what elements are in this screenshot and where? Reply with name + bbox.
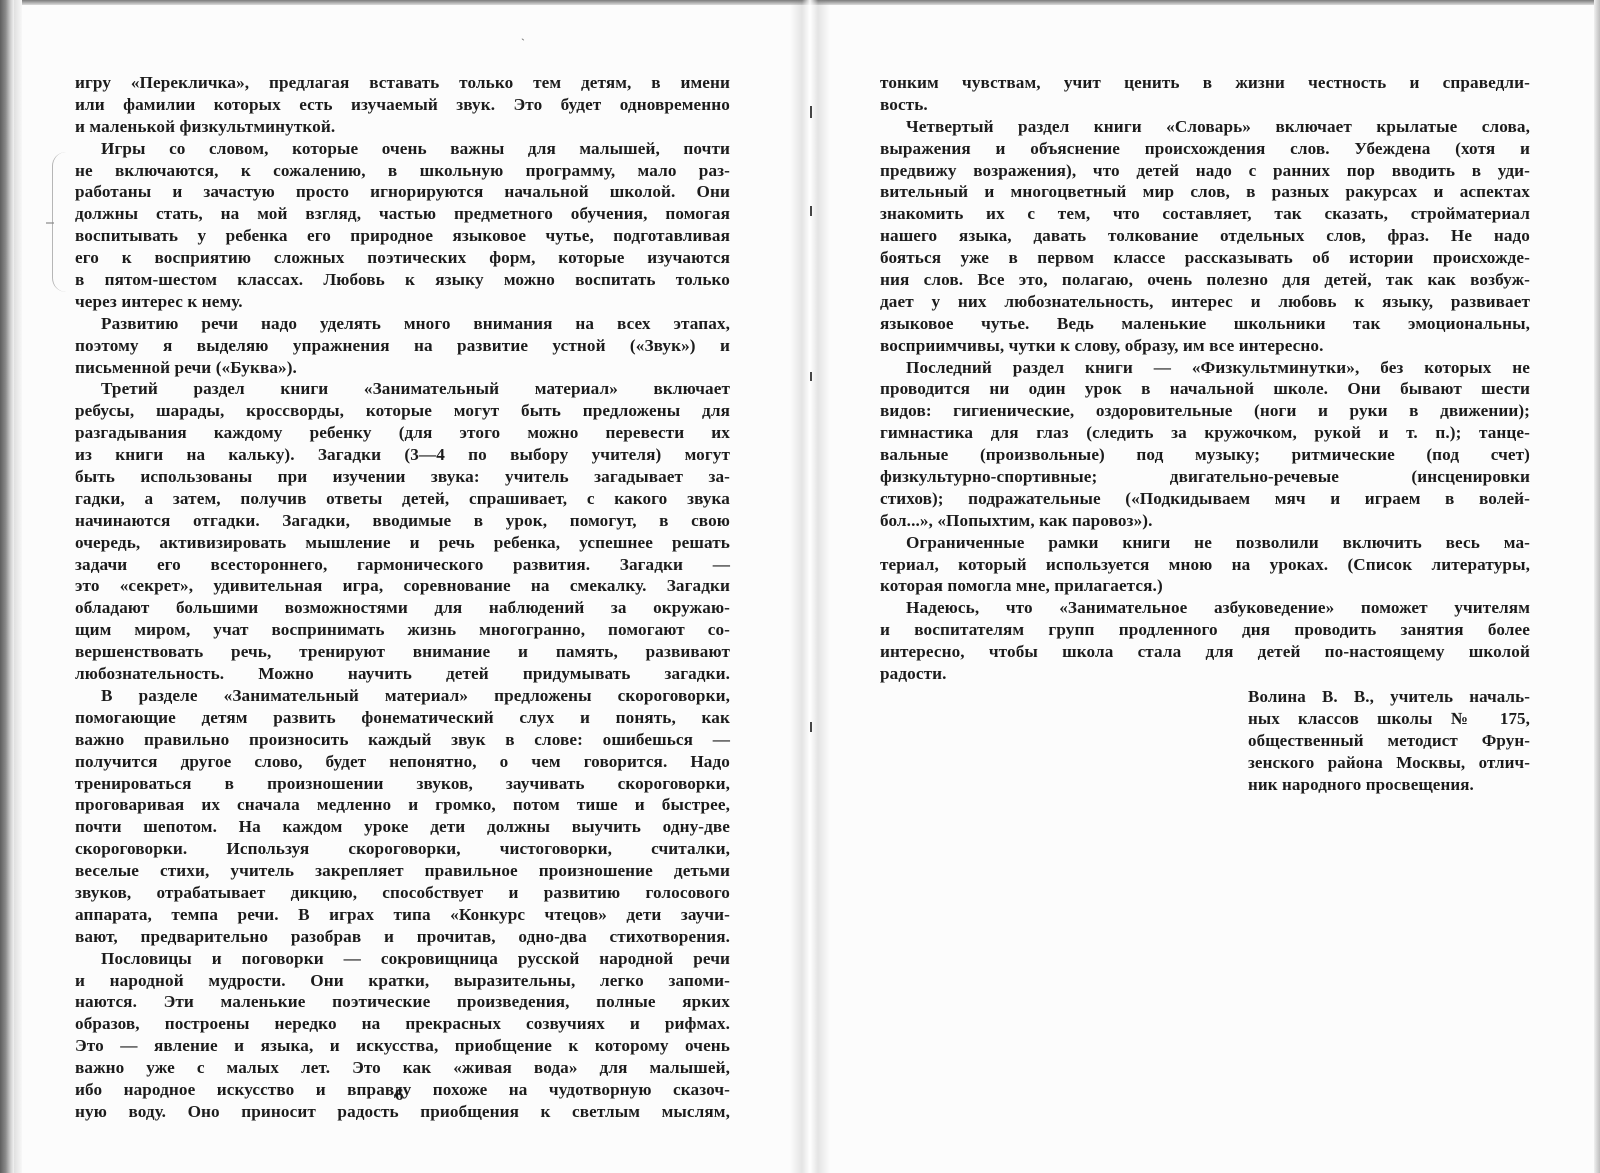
- text-line: гимнастика для глаз (следить за кружочко…: [880, 422, 1530, 444]
- text-line: работаны и зачастую просто игнорируются …: [75, 181, 730, 203]
- text-line: В разделе «Занимательный материал» предл…: [75, 685, 730, 707]
- text-line: тренироваться в произношении звуков, зау…: [75, 773, 730, 795]
- book-left-edge-shadow: [14, 0, 22, 1173]
- text-line: или фамилии которых есть изучаемый звук.…: [75, 94, 730, 116]
- signature-line: Волина В. В., учитель началь-: [1248, 686, 1530, 708]
- text-line: вительный и многоцветный мир слов, в раз…: [880, 181, 1530, 203]
- text-line: бол...», «Попыхтим, как паровоз»).: [880, 510, 1530, 532]
- text-line: языковое чутье. Ведь маленькие школьники…: [880, 313, 1530, 335]
- gutter-mark: [810, 372, 812, 381]
- text-line: Пословицы и поговорки — сокровищница рус…: [75, 948, 730, 970]
- text-line: проводится ни один урок в начальной школ…: [880, 378, 1530, 400]
- text-line: важно уже с малых лет. Это как «живая во…: [75, 1057, 730, 1079]
- text-line: очередь, активизировать мышление и речь …: [75, 532, 730, 554]
- text-line: Четвертый раздел книги «Словарь» включае…: [880, 116, 1530, 138]
- text-line: Игры со словом, которые очень важны для …: [75, 138, 730, 160]
- text-line: начинаются отгадки. Загадки, вводимые в …: [75, 510, 730, 532]
- text-line: вальные (произвольные) под музыку; ритми…: [880, 444, 1530, 466]
- text-line: наются. Эти маленькие поэтические произв…: [75, 991, 730, 1013]
- text-line: восприимчивы, чутки к слову, образу, им …: [880, 335, 1530, 357]
- text-line: проговаривая их сначала медленно и громк…: [75, 794, 730, 816]
- text-line: ребусы, шарады, кроссворды, которые могу…: [75, 400, 730, 422]
- text-line: знакомить их с тем, что составляет, так …: [880, 203, 1530, 225]
- text-line: вают, предварительно разобрав и прочитав…: [75, 926, 730, 948]
- text-line: тонким чувствам, учит ценить в жизни чес…: [880, 72, 1530, 94]
- text-line: почти шепотом. На каждом уроке дети долж…: [75, 816, 730, 838]
- text-line: письменной речи («Буква»).: [75, 357, 730, 379]
- margin-bracket-tick: [46, 222, 54, 224]
- signature-line: ных классов школы № 175,: [1248, 708, 1530, 730]
- left-page: игру «Перекличка», предлагая вставать то…: [75, 72, 730, 1123]
- text-line: интересно, чтобы школа стала для детей п…: [880, 641, 1530, 663]
- text-line: быть использованы при изучении звука: уч…: [75, 466, 730, 488]
- text-line: веселые стихи, учитель закрепляет правил…: [75, 860, 730, 882]
- text-line: и маленькой физкультминуткой.: [75, 116, 730, 138]
- text-line: поэтому я выделяю упражнения на развитие…: [75, 335, 730, 357]
- text-line: которая помогла мне, прилагается.): [880, 575, 1530, 597]
- text-line: это «секрет», удивительная игра, соревно…: [75, 575, 730, 597]
- text-line: Ограниченные рамки книги не позволили вк…: [880, 532, 1530, 554]
- text-line: Третий раздел книги «Занимательный матер…: [75, 378, 730, 400]
- text-line: видов: гигиенические, оздоровительные (н…: [880, 400, 1530, 422]
- text-line: получится другое слово, будет непонятно,…: [75, 751, 730, 773]
- book-gutter: [790, 0, 830, 1173]
- text-line: в пятом-шестом классах. Любовь к языку м…: [75, 269, 730, 291]
- text-line: нашего языка, давать толкование отдельны…: [880, 225, 1530, 247]
- page-number: 6: [395, 1085, 404, 1105]
- right-page: тонким чувствам, учит ценить в жизни чес…: [880, 72, 1530, 685]
- text-line: задачи его всестороннего, гармонического…: [75, 554, 730, 576]
- text-line: скороговорки. Используя скороговорки, чи…: [75, 838, 730, 860]
- book-right-edge: [1594, 0, 1600, 1173]
- text-line: любознательность. Можно научить детей пр…: [75, 663, 730, 685]
- text-line: стихов); подражательные («Подкидываем мя…: [880, 488, 1530, 510]
- gutter-mark: [810, 106, 812, 118]
- text-line: предвижу возражения), что детей надо с р…: [880, 160, 1530, 182]
- text-line: вершенствовать речь, тренируют внимание …: [75, 641, 730, 663]
- text-line: его к восприятию сложных поэтических фор…: [75, 247, 730, 269]
- text-line: бояться уже в первом классе рассказывать…: [880, 247, 1530, 269]
- text-line: разгадывания каждому ребенку (для этого …: [75, 422, 730, 444]
- text-line: гадки, а затем, получив ответы детей, сп…: [75, 488, 730, 510]
- text-line: выражения и объяснение происхождения сло…: [880, 138, 1530, 160]
- text-line: Развитию речи надо уделять много внимани…: [75, 313, 730, 335]
- margin-bracket-annotation: [52, 152, 69, 292]
- text-line: дает у них любознательность, интерес и л…: [880, 291, 1530, 313]
- text-line: образов, построены нередко на прекрасных…: [75, 1013, 730, 1035]
- text-line: и воспитателям групп продленного дня про…: [880, 619, 1530, 641]
- text-line: ния слов. Все это, полагаю, очень полезн…: [880, 269, 1530, 291]
- gutter-mark: [810, 206, 812, 216]
- text-line: звуков, отрабатывает дикцию, способствуе…: [75, 882, 730, 904]
- text-line: физкультурно-спортивные; двигательно-реч…: [880, 466, 1530, 488]
- author-signature: Волина В. В., учитель началь- ных классо…: [1248, 686, 1530, 795]
- text-line: из книги на кальку). Загадки (3—4 по выб…: [75, 444, 730, 466]
- text-line: должны стать, на мой взгляд, частью пред…: [75, 203, 730, 225]
- text-line: игру «Перекличка», предлагая вставать то…: [75, 72, 730, 94]
- text-line: через интерес к нему.: [75, 291, 730, 313]
- book-spread: ˋ игру «Перекличка», предлагая вставать …: [0, 0, 1600, 1173]
- text-line: воспитывать у ребенка его природное язык…: [75, 225, 730, 247]
- text-line: обладают большими возможностями для набл…: [75, 597, 730, 619]
- signature-line: ник народного просвещения.: [1248, 774, 1530, 796]
- signature-line: общественный методист Фрун-: [1248, 730, 1530, 752]
- signature-line: зенского района Москвы, отлич-: [1248, 752, 1530, 774]
- text-line: Надеюсь, что «Занимательное азбуковедени…: [880, 597, 1530, 619]
- text-line: важно правильно произносить каждый звук …: [75, 729, 730, 751]
- text-line: щим миром, учат воспринимать жизнь много…: [75, 619, 730, 641]
- text-line: радости.: [880, 663, 1530, 685]
- scan-mark: ˋ: [521, 36, 525, 51]
- text-line: Последний раздел книги — «Физкультминутк…: [880, 357, 1530, 379]
- text-line: аппарата, темпа речи. В играх типа «Конк…: [75, 904, 730, 926]
- text-line: помогающие детям развить фонематический …: [75, 707, 730, 729]
- book-left-edge: [0, 0, 14, 1173]
- text-line: вость.: [880, 94, 1530, 116]
- text-line: не включаются, к сожалению, в школьную п…: [75, 160, 730, 182]
- text-line: и народной мудрости. Они кратки, выразит…: [75, 970, 730, 992]
- gutter-mark: [810, 722, 812, 732]
- text-line: Это — явление и языка, и искусства, прио…: [75, 1035, 730, 1057]
- text-line: териал, который используется мною на уро…: [880, 554, 1530, 576]
